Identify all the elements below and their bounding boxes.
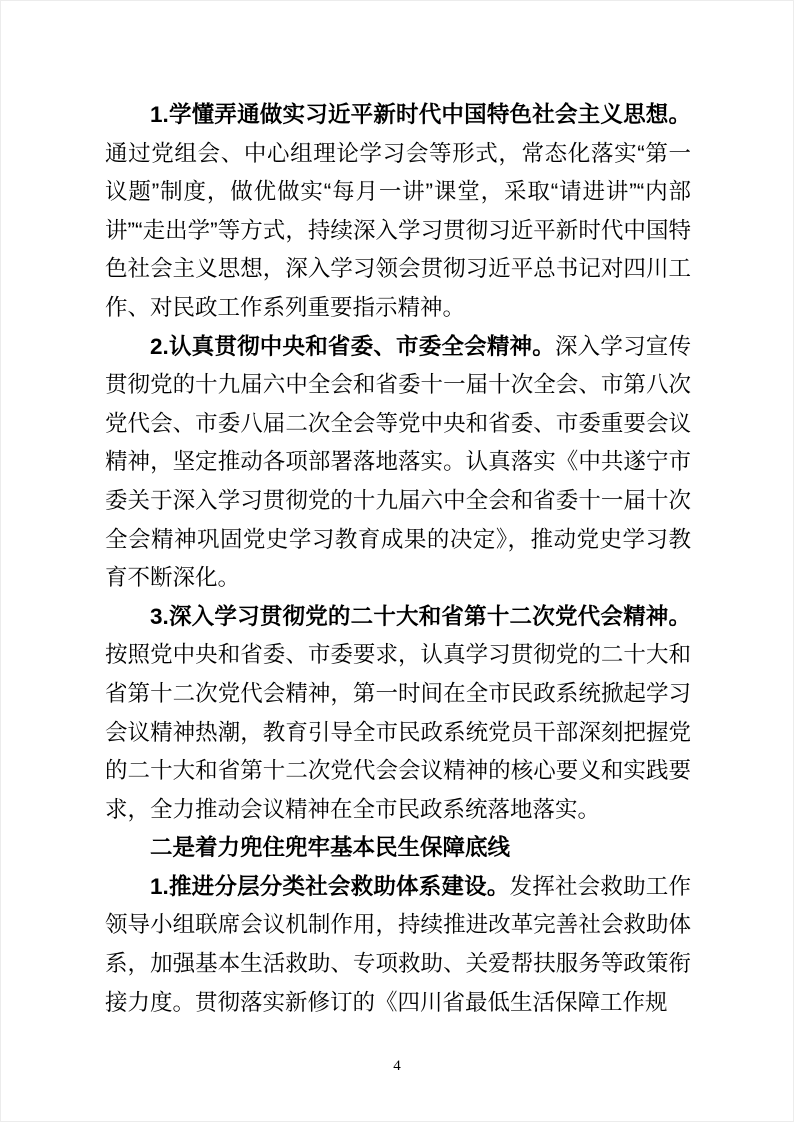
paragraph-body: 深入学习宣传贯彻党的十九届六中全会和省委十一届十次全会、市第八次党代会、市委八届… [105,334,691,591]
paragraph: 1.学懂弄通做实习近平新时代中国特色社会主义思想。通过党组会、中心组理论学习会等… [105,96,691,328]
paragraph-lead: 1.学懂弄通做实习近平新时代中国特色社会主义思想。 [150,102,691,127]
paragraph-body: 按照党中央和省委、市委要求，认真学习贯彻党的二十大和省第十二次党代会精神，第一时… [105,642,691,821]
paragraph-lead: 2.认真贯彻中央和省委、市委全会精神。 [150,334,555,359]
section-heading: 二是着力兜住兜牢基本民生保障底线 [105,829,691,868]
paragraph: 2.认真贯彻中央和省委、市委全会精神。深入学习宣传贯彻党的十九届六中全会和省委十… [105,328,691,598]
document-body: 1.学懂弄通做实习近平新时代中国特色社会主义思想。通过党组会、中心组理论学习会等… [105,96,691,1022]
paragraph: 1.推进分层分类社会救助体系建设。发挥社会救助工作领导小组联席会议机制作用，持续… [105,868,691,1022]
paragraph-lead: 3.深入学习贯彻党的二十大和省第十二次党代会精神。 [150,604,691,629]
document-page: 1.学懂弄通做实习近平新时代中国特色社会主义思想。通过党组会、中心组理论学习会等… [0,0,794,1122]
paragraph-lead: 1.推进分层分类社会救助体系建设。 [150,874,510,899]
paragraph-body: 通过党组会、中心组理论学习会等形式，常态化落实“第一议题”制度，做优做实“每月一… [105,141,691,320]
paragraph: 3.深入学习贯彻党的二十大和省第十二次党代会精神。按照党中央和省委、市委要求，认… [105,598,691,830]
page-number: 4 [1,1058,793,1075]
section-heading-text: 二是着力兜住兜牢基本民生保障底线 [150,835,510,860]
